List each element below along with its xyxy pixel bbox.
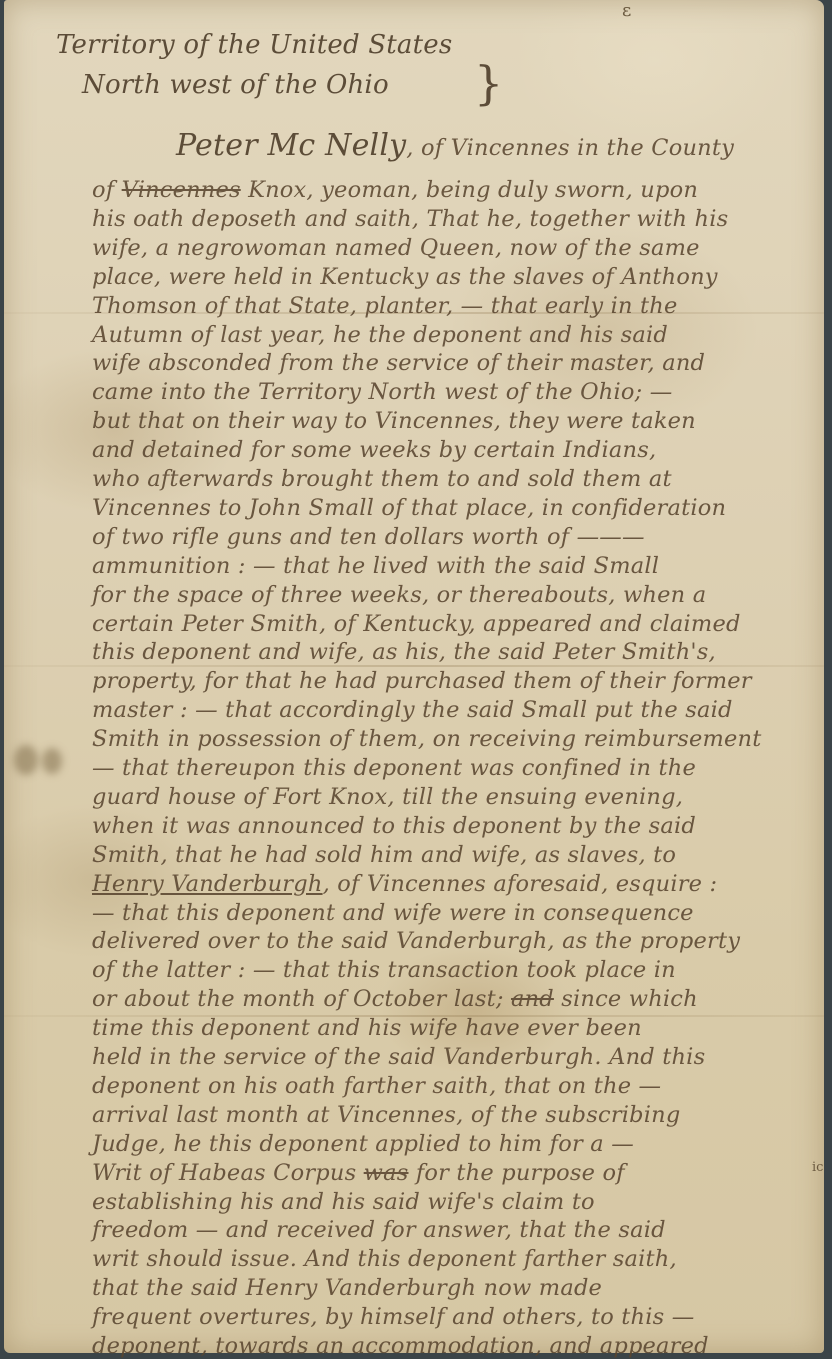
manuscript-line: Henry Vanderburgh, of Vincennes aforesai…	[92, 871, 717, 897]
manuscript-line: held in the service of the said Vanderbu…	[92, 1044, 705, 1070]
line-text: held in the service of the said Vanderbu…	[92, 1044, 705, 1070]
manuscript-page: ɛ ic Territory of the United States Nort…	[4, 0, 824, 1353]
manuscript-line: and detained for some weeks by certain I…	[92, 437, 656, 463]
manuscript-line: property, for that he had purchased them…	[92, 668, 752, 694]
manuscript-line: wife absconded from the service of their…	[92, 350, 705, 376]
manuscript-line: freedom — and received for answer, that …	[92, 1217, 666, 1243]
line-text: arrival last month at Vincennes, of the …	[92, 1102, 680, 1128]
underlined-name: Henry Vanderburgh	[92, 871, 323, 897]
line-text: of two rifle guns and ten dollars worth …	[92, 524, 645, 550]
line-text: for the space of three weeks, or thereab…	[92, 582, 706, 608]
struck-text: Vincennes	[122, 177, 241, 203]
manuscript-line: of the latter : — that this transaction …	[92, 957, 676, 983]
manuscript-line: Smith in possession of them, on receivin…	[92, 726, 761, 752]
line-text: that the said Henry Vanderburgh now made	[92, 1275, 602, 1301]
line-text: this deponent and wife, as his, the said…	[92, 639, 716, 665]
manuscript-line: arrival last month at Vincennes, of the …	[92, 1102, 680, 1128]
line-text: time this deponent and his wife have eve…	[92, 1015, 642, 1041]
line-text: his oath deposeth and saith, That he, to…	[92, 206, 728, 232]
manuscript-line: came into the Territory North west of th…	[92, 379, 672, 405]
line-text: came into the Territory North west of th…	[92, 379, 672, 405]
manuscript-line: delivered over to the said Vanderburgh, …	[92, 928, 740, 954]
line-text: since which	[554, 986, 698, 1012]
manuscript-line: master : — that accordingly the said Sma…	[92, 697, 733, 723]
lead-rest: , of Vincennes in the County	[406, 135, 734, 161]
line-text: delivered over to the said Vanderburgh, …	[92, 928, 740, 954]
line-text: when it was announced to this deponent b…	[92, 813, 696, 839]
line-text: Writ of Habeas Corpus	[92, 1160, 364, 1186]
line-text: of	[92, 177, 122, 203]
line-text: , of Vincennes aforesaid, esquire :	[323, 871, 718, 897]
manuscript-line: — that this deponent and wife were in co…	[92, 900, 694, 926]
struck-text: was	[364, 1160, 409, 1186]
line-text: or about the month of October last;	[92, 986, 511, 1012]
lead-line: Peter Mc Nelly, of Vincennes in the Coun…	[176, 128, 734, 163]
line-text: establishing his and his said wife's cla…	[92, 1189, 595, 1215]
manuscript-line: or about the month of October last; and …	[92, 986, 698, 1012]
margin-mark: ic	[812, 1160, 823, 1175]
line-text: — that this deponent and wife were in co…	[92, 900, 694, 926]
line-text: — that thereupon this deponent was confi…	[92, 755, 696, 781]
manuscript-line: Vincennes to John Small of that place, i…	[92, 495, 726, 521]
manuscript-line: Judge, he this deponent applied to him f…	[92, 1131, 634, 1157]
line-text: for the purpose of	[409, 1160, 625, 1186]
heading-line-2: North west of the Ohio	[82, 70, 389, 100]
manuscript-line: this deponent and wife, as his, the said…	[92, 639, 716, 665]
manuscript-line: of two rifle guns and ten dollars worth …	[92, 524, 645, 550]
line-text: deponent, towards an accommodation, and …	[92, 1333, 709, 1359]
line-text: frequent overtures, by himself and other…	[92, 1304, 694, 1330]
manuscript-line: Autumn of last year, he the deponent and…	[92, 322, 668, 348]
ink-stain	[42, 748, 62, 774]
manuscript-line: certain Peter Smith, of Kentucky, appear…	[92, 611, 741, 637]
manuscript-line: of Vincennes Knox, yeoman, being duly sw…	[92, 177, 698, 203]
line-text: Vincennes to John Small of that place, i…	[92, 495, 726, 521]
manuscript-line: that the said Henry Vanderburgh now made	[92, 1275, 602, 1301]
line-text: Judge, he this deponent applied to him f…	[92, 1131, 634, 1157]
manuscript-line: Smith, that he had sold him and wife, as…	[92, 842, 676, 868]
struck-text: and	[511, 986, 554, 1012]
line-text: property, for that he had purchased them…	[92, 668, 752, 694]
line-text: guard house of Fort Knox, till the ensui…	[92, 784, 683, 810]
line-text: but that on their way to Vincennes, they…	[92, 408, 696, 434]
manuscript-line: when it was announced to this deponent b…	[92, 813, 696, 839]
line-text: ammunition : — that he lived with the sa…	[92, 553, 659, 579]
manuscript-line: but that on their way to Vincennes, they…	[92, 408, 696, 434]
manuscript-line: his oath deposeth and saith, That he, to…	[92, 206, 728, 232]
manuscript-line: Thomson of that State, planter, — that e…	[92, 293, 678, 319]
manuscript-line: writ should issue. And this deponent far…	[92, 1246, 677, 1272]
line-text: writ should issue. And this deponent far…	[92, 1246, 677, 1272]
manuscript-line: establishing his and his said wife's cla…	[92, 1189, 595, 1215]
manuscript-line: who afterwards brought them to and sold …	[92, 466, 672, 492]
manuscript-line: frequent overtures, by himself and other…	[92, 1304, 694, 1330]
corner-mark: ɛ	[622, 0, 631, 21]
line-text: Smith, that he had sold him and wife, as…	[92, 842, 676, 868]
line-text: Autumn of last year, he the deponent and…	[92, 322, 668, 348]
heading-brace: }	[474, 56, 503, 110]
line-text: Knox, yeoman, being duly sworn, upon	[241, 177, 698, 203]
heading-line-1: Territory of the United States	[56, 30, 452, 60]
manuscript-line: time this deponent and his wife have eve…	[92, 1015, 642, 1041]
manuscript-line: wife, a negrowoman named Queen, now of t…	[92, 235, 700, 261]
line-text: wife absconded from the service of their…	[92, 350, 705, 376]
manuscript-line: for the space of three weeks, or thereab…	[92, 582, 706, 608]
line-text: wife, a negrowoman named Queen, now of t…	[92, 235, 700, 261]
manuscript-line: — that thereupon this deponent was confi…	[92, 755, 696, 781]
manuscript-line: deponent on his oath farther saith, that…	[92, 1073, 661, 1099]
line-text: Smith in possession of them, on receivin…	[92, 726, 761, 752]
manuscript-line: place, were held in Kentucky as the slav…	[92, 264, 718, 290]
line-text: deponent on his oath farther saith, that…	[92, 1073, 661, 1099]
manuscript-line: deponent, towards an accommodation, and …	[92, 1333, 709, 1359]
manuscript-line: Writ of Habeas Corpus was for the purpos…	[92, 1160, 625, 1186]
line-text: of the latter : — that this transaction …	[92, 957, 676, 983]
manuscript-line: ammunition : — that he lived with the sa…	[92, 553, 659, 579]
line-text: freedom — and received for answer, that …	[92, 1217, 666, 1243]
manuscript-line: guard house of Fort Knox, till the ensui…	[92, 784, 683, 810]
line-text: and detained for some weeks by certain I…	[92, 437, 656, 463]
line-text: place, were held in Kentucky as the slav…	[92, 264, 718, 290]
deponent-name: Peter Mc Nelly	[176, 128, 406, 163]
line-text: master : — that accordingly the said Sma…	[92, 697, 733, 723]
line-text: who afterwards brought them to and sold …	[92, 466, 672, 492]
line-text: Thomson of that State, planter, — that e…	[92, 293, 678, 319]
line-text: certain Peter Smith, of Kentucky, appear…	[92, 611, 741, 637]
ink-stain	[14, 745, 38, 775]
